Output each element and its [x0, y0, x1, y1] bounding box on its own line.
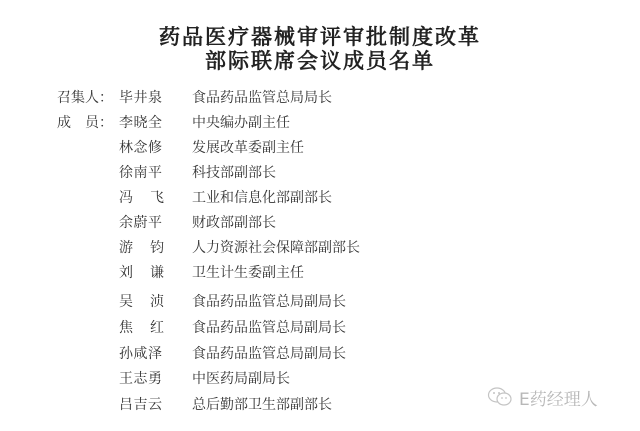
- member-name: 冯飞: [119, 188, 181, 208]
- convener-position: 食品药品监管总局局长: [192, 88, 332, 108]
- member-position: 卫生计生委副主任: [192, 263, 304, 283]
- member-name: 焦红: [119, 318, 181, 338]
- member-name: 吕吉云: [119, 395, 163, 415]
- member-position: 财政部副部长: [192, 213, 276, 233]
- member-name: 余蔚平: [119, 213, 163, 233]
- wechat-icon: [487, 386, 513, 408]
- member-name: 刘谦: [119, 263, 181, 283]
- convener-name: 毕井泉: [119, 88, 163, 108]
- watermark-text: E药经理人: [519, 385, 598, 410]
- member-position: 发展改革委副主任: [192, 138, 304, 158]
- member-name: 徐南平: [119, 163, 163, 183]
- member-position: 总后勤部卫生部副部长: [192, 395, 332, 415]
- member-name: 王志勇: [119, 369, 163, 389]
- member-name: 孙咸泽: [119, 344, 163, 364]
- member-name: 林念修: [119, 138, 163, 158]
- member-name: 吴浈: [119, 292, 181, 312]
- document-title-line-2: 部际联席会议成员名单: [0, 45, 640, 75]
- convener-label: 召集人：: [57, 88, 119, 108]
- member-name: 李晓全: [119, 113, 163, 133]
- member-position: 中央编办副主任: [192, 113, 290, 133]
- member-position: 食品药品监管总局副局长: [192, 292, 346, 312]
- member-position: 工业和信息化部副部长: [192, 188, 332, 208]
- member-name: 游钧: [119, 238, 181, 258]
- members-label: 成 员：: [57, 113, 119, 133]
- member-position: 中医药局副局长: [192, 369, 290, 389]
- member-position: 人力资源社会保障部副部长: [192, 238, 360, 258]
- member-position: 科技部副部长: [192, 163, 276, 183]
- member-position: 食品药品监管总局副局长: [192, 318, 346, 338]
- watermark: E药经理人: [487, 382, 598, 412]
- member-position: 食品药品监管总局副局长: [192, 344, 346, 364]
